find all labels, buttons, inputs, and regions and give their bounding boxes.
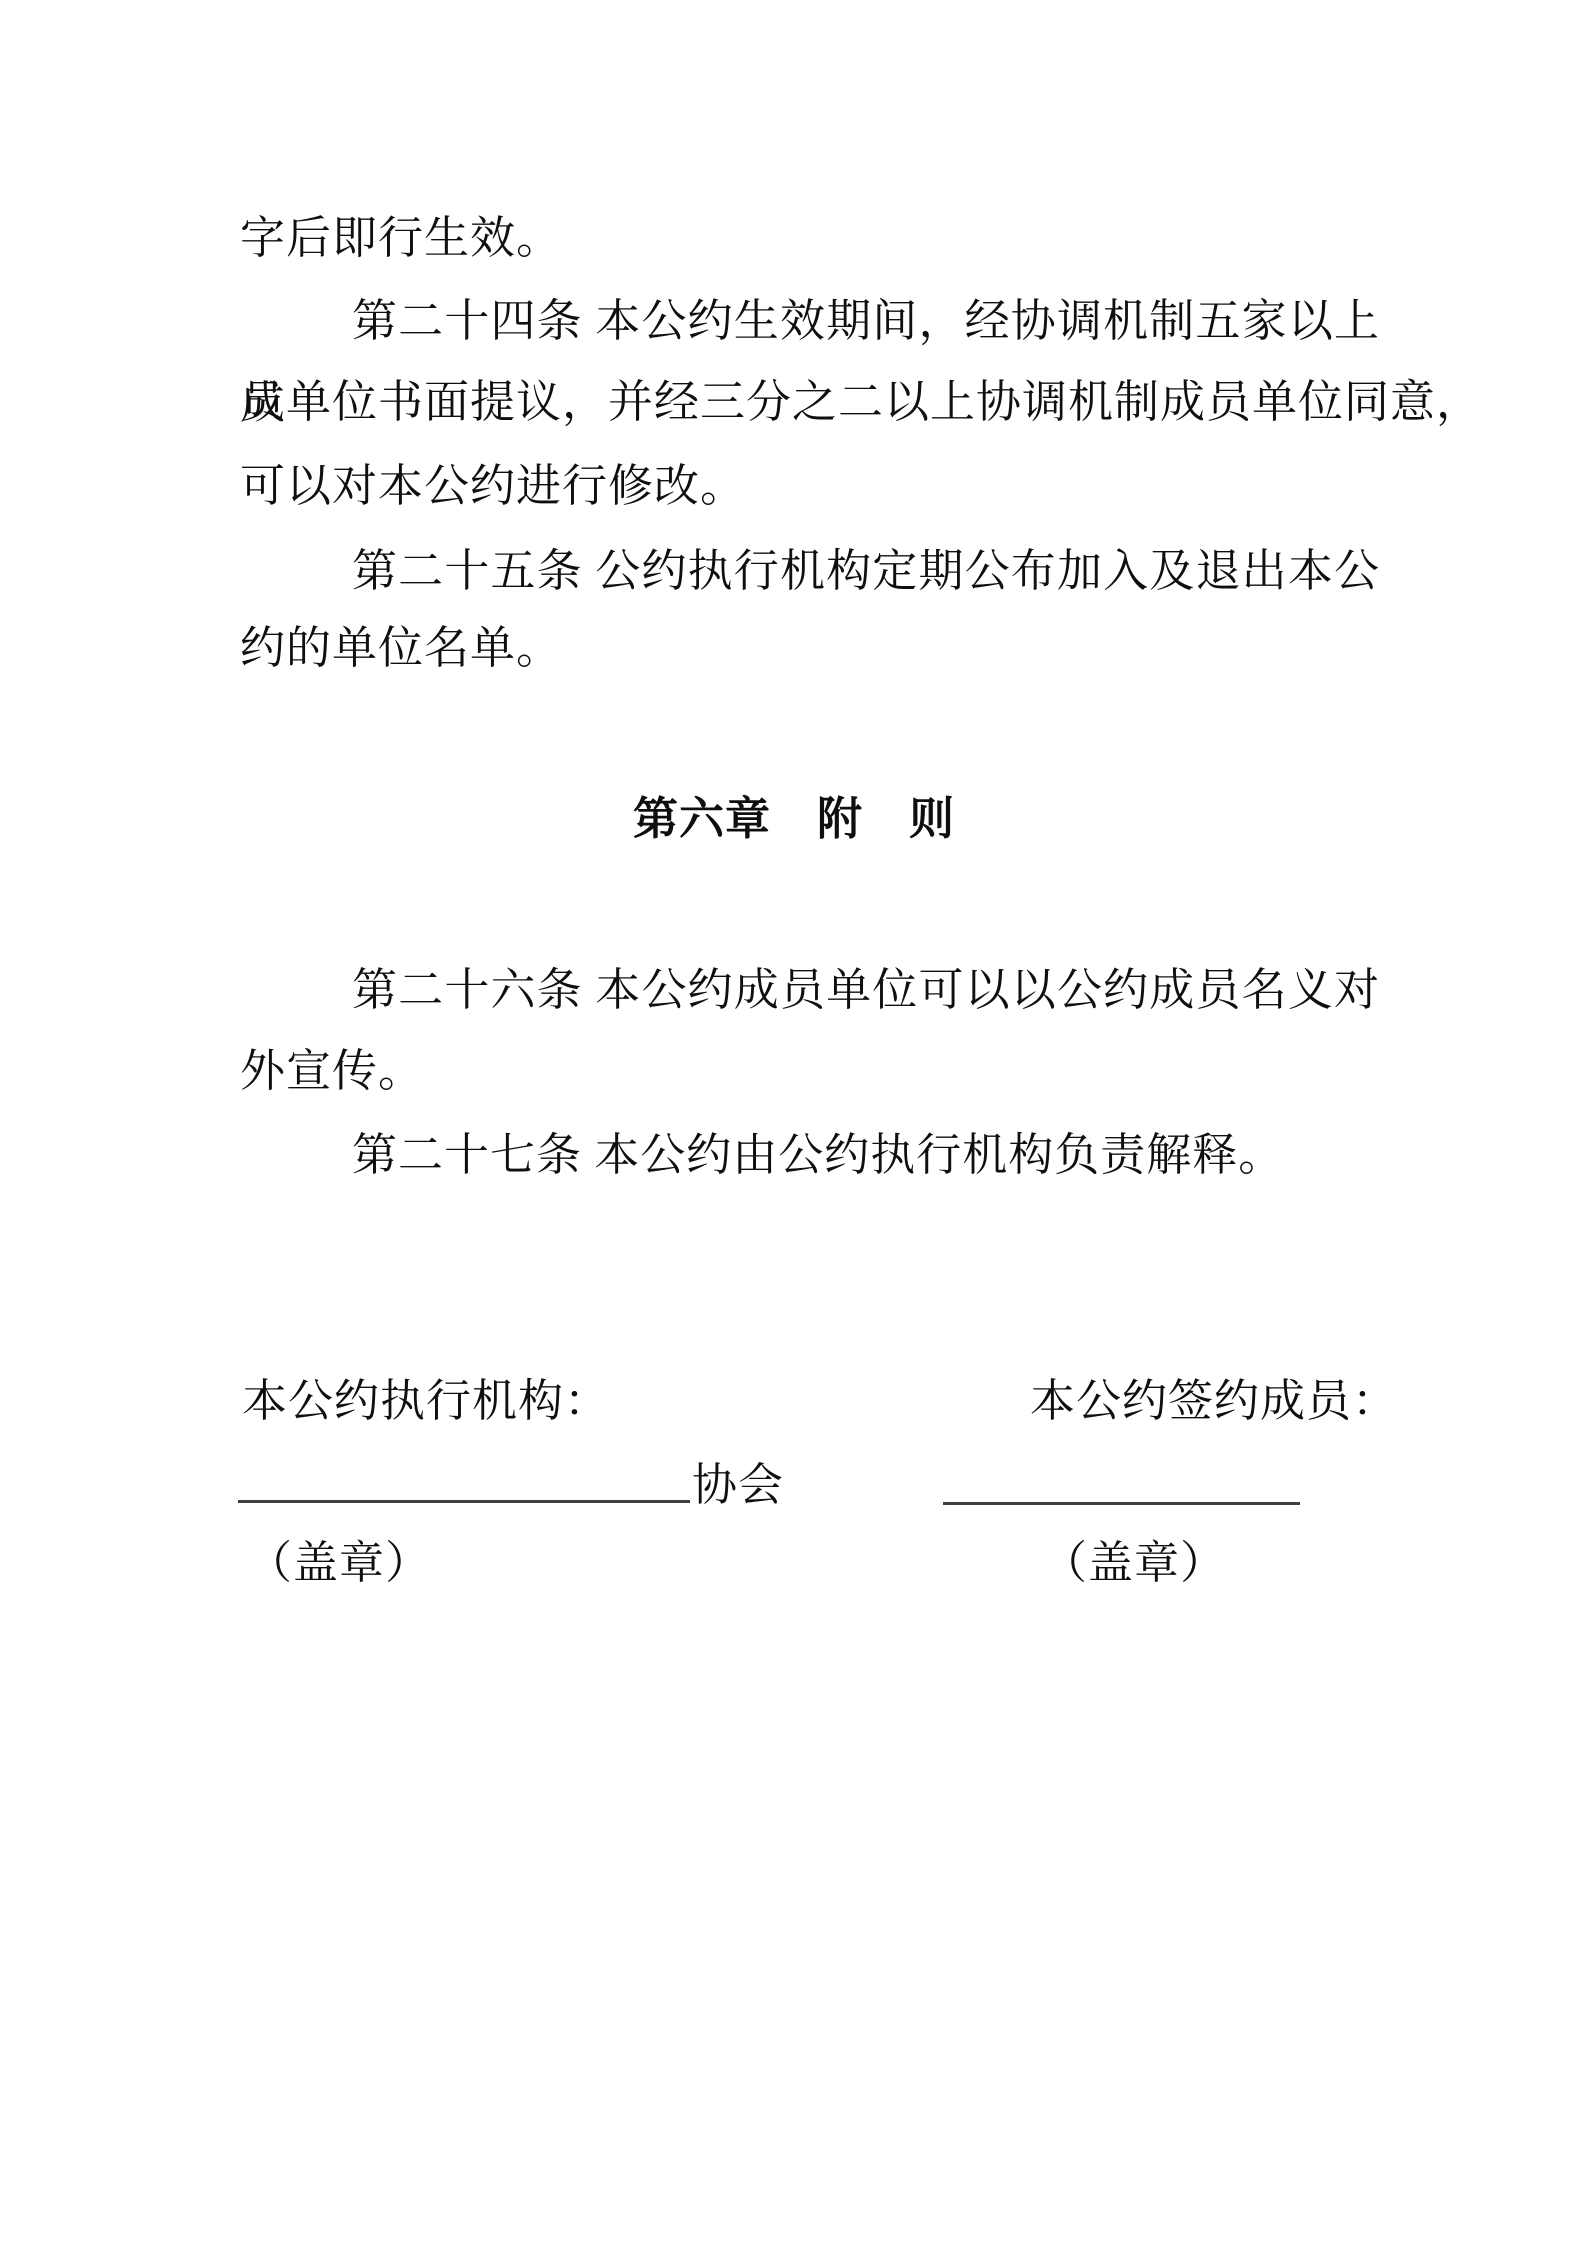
chapter-heading: 第六章 附 则 [0,778,1588,860]
executing-org-label: 本公约执行机构： [242,1360,610,1442]
document-page: 字后即行生效。 第二十四条 本公约生效期间，经协调机制五家以上成 员单位书面提议… [0,0,1588,2245]
body-line-4: 可以对本公约进行修改。 [240,445,1380,527]
seal-note-left: （盖章） [247,1522,431,1604]
body-line-6: 约的单位名单。 [240,607,1380,689]
body-line-2-article-24: 第二十四条 本公约生效期间，经协调机制五家以上成 [240,280,1380,362]
association-suffix-label: 协会 [692,1444,784,1526]
signature-blank-line-left [238,1448,690,1503]
body-line-7-article-26: 第二十六条 本公约成员单位可以以公约成员名义对 [240,949,1380,1031]
body-line-1: 字后即行生效。 [240,197,1380,279]
seal-note-right: （盖章） [1042,1522,1226,1604]
body-line-9-article-27: 第二十七条 本公约由公约执行机构负责解释。 [240,1114,1380,1196]
signing-member-label: 本公约签约成员： [1030,1360,1398,1442]
body-line-8: 外宣传。 [240,1030,1380,1112]
body-line-3: 员单位书面提议，并经三分之二以上协调机制成员单位同意， [240,361,1380,443]
signature-blank-line-right [943,1450,1300,1505]
body-line-5-article-25: 第二十五条 公约执行机构定期公布加入及退出本公 [240,530,1380,612]
